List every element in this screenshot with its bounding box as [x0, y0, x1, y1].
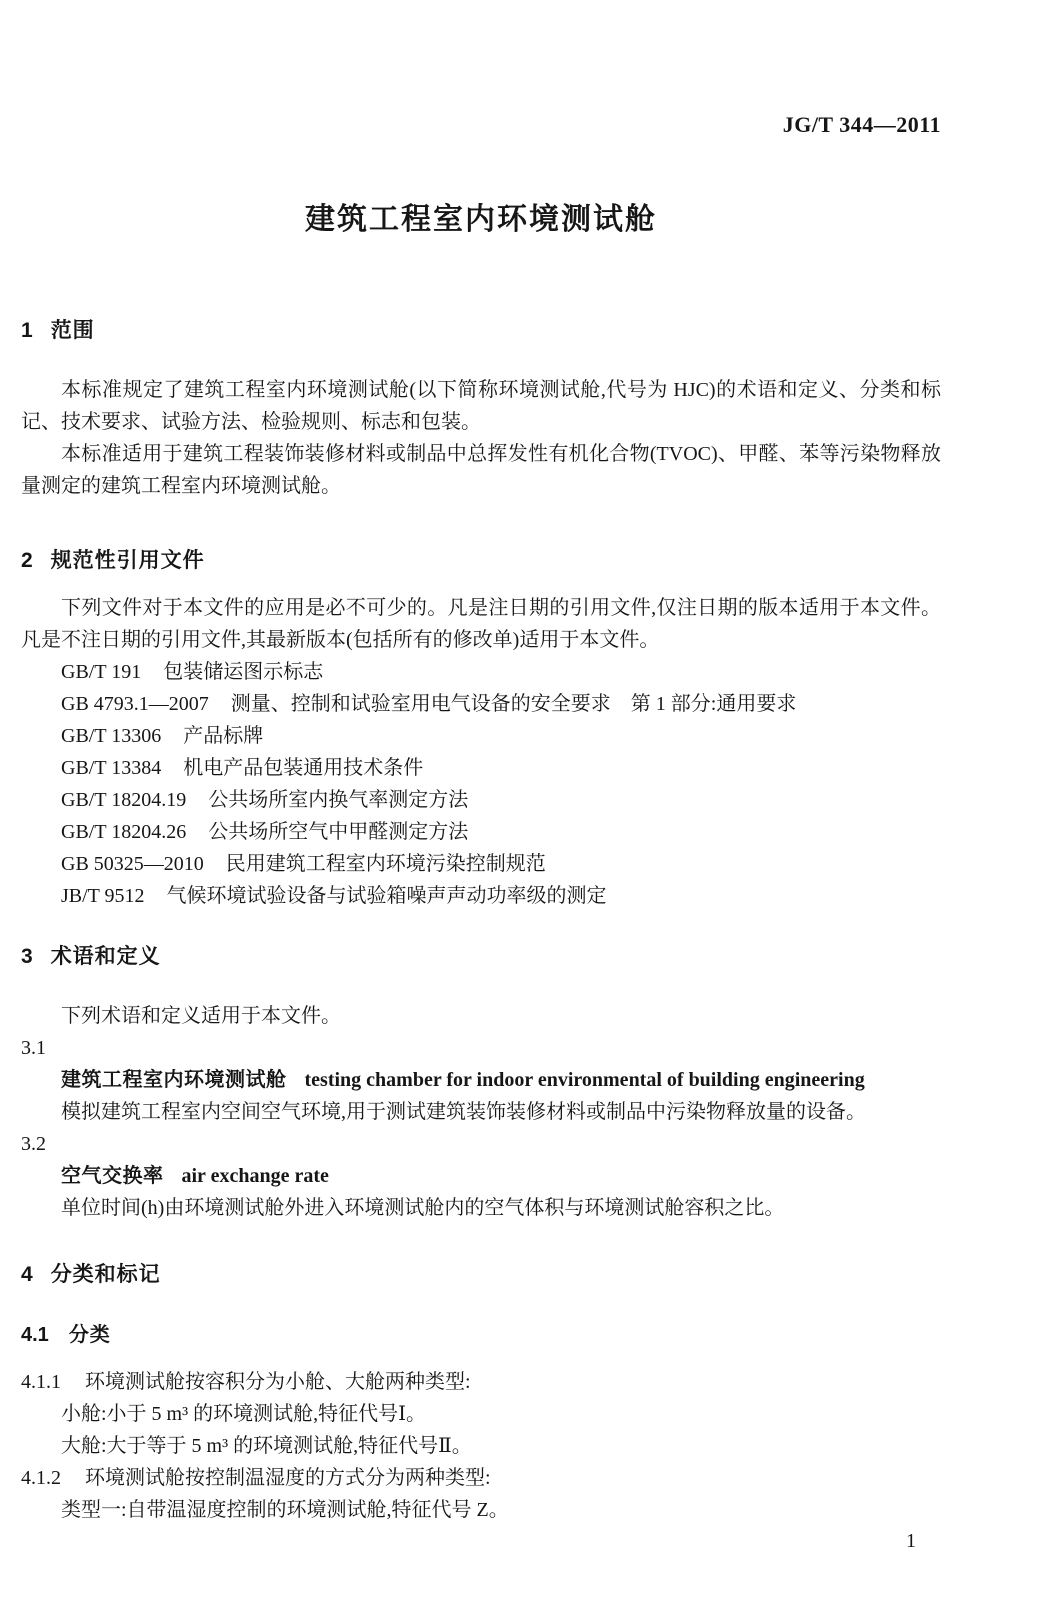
- section-3-title: 术语和定义: [51, 945, 161, 968]
- section-1-paragraph-1: 本标准规定了建筑工程室内环境测试舱(以下简称环境测试舱,代号为 HJC)的术语和…: [21, 374, 941, 438]
- section-4-number: 4: [21, 1260, 33, 1290]
- reference-item: GB/T 13384机电产品包装通用技术条件: [61, 752, 941, 784]
- reference-title: 公共场所空气中甲醛测定方法: [208, 821, 468, 843]
- reference-code: GB/T 18204.26: [61, 816, 186, 848]
- reference-code: GB 4793.1—2007: [61, 688, 209, 720]
- section-3-number: 3: [21, 942, 33, 972]
- term-definition: 模拟建筑工程室内空间空气环境,用于测试建筑装饰装修材料或制品中污染物释放量的设备…: [21, 1096, 941, 1128]
- subsection-4-1-number: 4.1: [21, 1320, 49, 1350]
- clause-4-1-2: 4.1.2环境测试舱按控制温湿度的方式分为两种类型:: [21, 1462, 941, 1494]
- page-number: 1: [21, 1526, 916, 1556]
- reference-code: GB/T 13384: [61, 752, 161, 784]
- section-1-paragraph-2: 本标准适用于建筑工程装饰装修材料或制品中总挥发性有机化合物(TVOC)、甲醛、苯…: [21, 438, 941, 502]
- section-4-heading: 4分类和标记: [21, 1260, 941, 1290]
- term-definition: 单位时间(h)由环境测试舱外进入环境测试舱内的空气体积与环境测试舱容积之比。: [21, 1192, 941, 1224]
- reference-code: GB 50325—2010: [61, 848, 204, 880]
- term-en: testing chamber for indoor environmental…: [305, 1069, 865, 1091]
- reference-title: 公共场所室内换气率测定方法: [208, 789, 468, 811]
- reference-code: GB/T 191: [61, 656, 141, 688]
- section-3-heading: 3术语和定义: [21, 942, 941, 972]
- section-2-title: 规范性引用文件: [51, 549, 205, 572]
- term-line: 空气交换率air exchange rate: [21, 1160, 941, 1192]
- section-2-number: 2: [21, 546, 33, 576]
- reference-item: GB 50325—2010民用建筑工程室内环境污染控制规范: [61, 848, 941, 880]
- term-zh: 空气交换率: [61, 1165, 164, 1187]
- reference-list: GB/T 191包装储运图示标志 GB 4793.1—2007测量、控制和试验室…: [21, 656, 941, 912]
- subsection-4-1-heading: 4.1分类: [21, 1320, 941, 1350]
- section-3-intro: 下列术语和定义适用于本文件。: [21, 1000, 941, 1032]
- reference-item: GB/T 18204.26公共场所空气中甲醛测定方法: [61, 816, 941, 848]
- section-4-title: 分类和标记: [51, 1263, 161, 1286]
- clause-item-type-one: 类型一:自带温湿度控制的环境测试舱,特征代号 Z。: [21, 1494, 941, 1526]
- term-number: 3.1: [21, 1032, 941, 1064]
- term-en: air exchange rate: [182, 1165, 329, 1187]
- reference-item: GB/T 191包装储运图示标志: [61, 656, 941, 688]
- reference-title: 民用建筑工程室内环境污染控制规范: [226, 853, 546, 875]
- section-1-title: 范围: [51, 319, 95, 342]
- section-2-heading: 2规范性引用文件: [21, 546, 941, 576]
- clause-4-1-1-text: 环境测试舱按容积分为小舱、大舱两种类型:: [85, 1371, 471, 1393]
- term-line: 建筑工程室内环境测试舱testing chamber for indoor en…: [21, 1064, 941, 1096]
- reference-title: 气候环境试验设备与试验箱噪声声动功率级的测定: [167, 885, 607, 907]
- term-number: 3.2: [21, 1128, 941, 1160]
- doc-title: 建筑工程室内环境测试舱: [21, 200, 941, 240]
- reference-code: GB/T 18204.19: [61, 784, 186, 816]
- reference-title: 产品标牌: [183, 725, 263, 747]
- doc-header: JG/T 344—2011: [21, 112, 941, 138]
- clause-4-1-1: 4.1.1环境测试舱按容积分为小舱、大舱两种类型:: [21, 1366, 941, 1398]
- clause-item-small-chamber: 小舱:小于 5 m³ 的环境测试舱,特征代号Ⅰ。: [21, 1398, 941, 1430]
- subsection-4-1-title: 分类: [69, 1324, 111, 1346]
- reference-item: GB/T 18204.19公共场所室内换气率测定方法: [61, 784, 941, 816]
- clause-item-large-chamber: 大舱:大于等于 5 m³ 的环境测试舱,特征代号Ⅱ。: [21, 1430, 941, 1462]
- clause-4-1-2-number: 4.1.2: [21, 1462, 61, 1494]
- reference-code: GB/T 13306: [61, 720, 161, 752]
- doc-code: JG/T 344—2011: [783, 112, 941, 137]
- reference-item: JB/T 9512气候环境试验设备与试验箱噪声声动功率级的测定: [61, 880, 941, 912]
- term-zh: 建筑工程室内环境测试舱: [61, 1069, 287, 1091]
- section-2-paragraph: 下列文件对于本文件的应用是必不可少的。凡是注日期的引用文件,仅注日期的版本适用于…: [21, 592, 941, 656]
- reference-title: 机电产品包装通用技术条件: [183, 757, 423, 779]
- page-content: JG/T 344—2011 建筑工程室内环境测试舱 1范围 本标准规定了建筑工程…: [0, 0, 1049, 1556]
- reference-title: 测量、控制和试验室用电气设备的安全要求 第 1 部分:通用要求: [231, 693, 797, 715]
- section-1-number: 1: [21, 316, 33, 346]
- reference-title: 包装储运图示标志: [163, 661, 323, 683]
- reference-item: GB 4793.1—2007测量、控制和试验室用电气设备的安全要求 第 1 部分…: [61, 688, 941, 720]
- clause-4-1-1-number: 4.1.1: [21, 1366, 61, 1398]
- reference-code: JB/T 9512: [61, 880, 145, 912]
- document-page: JG/T 344—2011 建筑工程室内环境测试舱 1范围 本标准规定了建筑工程…: [0, 0, 1049, 1616]
- reference-item: GB/T 13306产品标牌: [61, 720, 941, 752]
- section-1-heading: 1范围: [21, 316, 941, 346]
- clause-4-1-2-text: 环境测试舱按控制温湿度的方式分为两种类型:: [85, 1467, 491, 1489]
